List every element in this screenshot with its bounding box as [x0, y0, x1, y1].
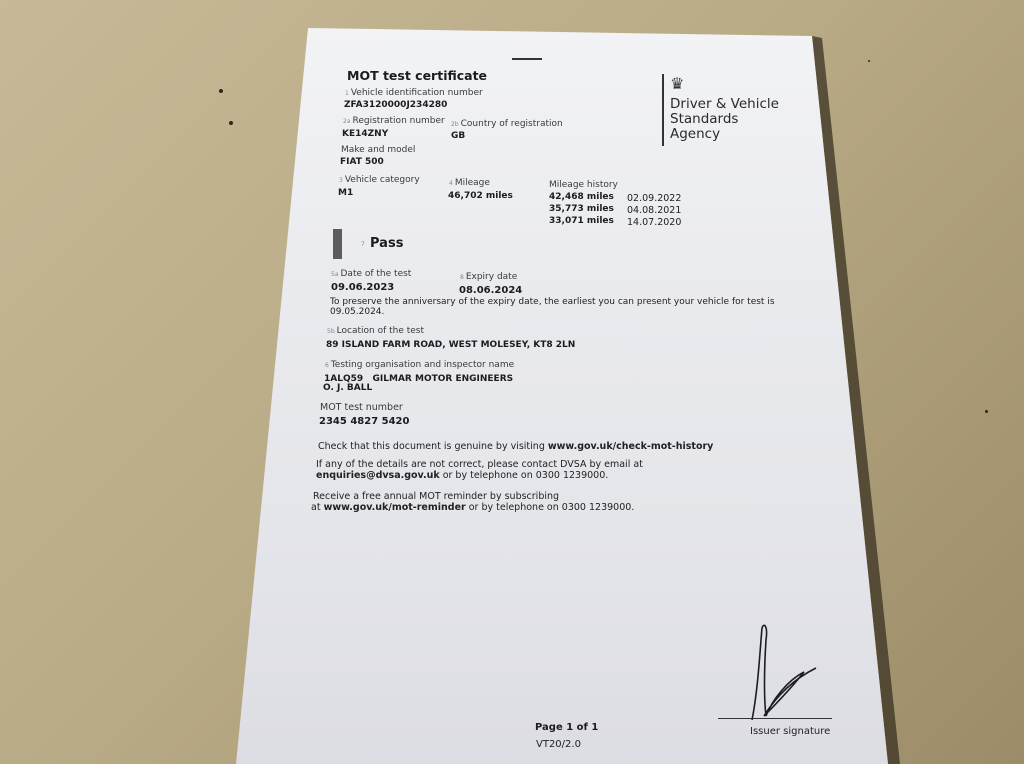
document-title: MOT test certificate [347, 68, 487, 83]
mileage-history-date-1: 02.09.2022 [627, 193, 681, 204]
result-number: 7 [361, 239, 367, 249]
page-number: Page 1 of 1 [535, 722, 598, 733]
contact-notice: If any of the details are not correct, p… [316, 459, 643, 481]
issuer-signature-label: Issuer signature [750, 726, 830, 737]
make-model-value: FIAT 500 [340, 157, 384, 167]
mileage-history-miles-1: 42,468 miles [549, 192, 614, 202]
vin-label: 1Vehicle identification number [345, 88, 483, 98]
test-date-label: 5aDate of the test [331, 269, 411, 279]
location-label: 5bLocation of the test [327, 326, 424, 336]
fold-mark [512, 58, 542, 60]
mileage-history-label: Mileage history [549, 180, 618, 190]
signature-line [718, 718, 832, 719]
royal-coat-of-arms-icon: ♛ [670, 74, 684, 93]
form-code: VT20/2.0 [536, 739, 581, 750]
mileage-label: 4Mileage [449, 178, 490, 188]
country-label: 2bCountry of registration [451, 119, 563, 129]
mileage-history-miles-3: 33,071 miles [549, 216, 614, 226]
logo-divider [662, 74, 664, 146]
vin-value: ZFA3120000J234280 [344, 100, 447, 110]
earliest-test-note: To preserve the anniversary of the expir… [330, 297, 775, 317]
enquiries-email-link[interactable]: enquiries@dvsa.gov.uk [316, 470, 440, 481]
mileage-history-miles-2: 35,773 miles [549, 204, 614, 214]
mot-certificate: MOT test certificate ♛ Driver & Vehicle … [0, 0, 1024, 764]
mileage-value: 46,702 miles [448, 191, 513, 201]
expiry-date-label: 8Expiry date [460, 272, 517, 282]
mot-reminder-link[interactable]: www.gov.uk/mot-reminder [324, 502, 466, 513]
result-status: Pass [370, 236, 403, 251]
registration-value: KE14ZNY [342, 129, 388, 139]
issuer-signature [700, 620, 840, 730]
test-number-value: 2345 4827 5420 [319, 416, 409, 427]
inspector-name: O. J. BALL [323, 383, 372, 393]
expiry-date-value: 08.06.2024 [459, 285, 522, 296]
check-mot-history-link[interactable]: www.gov.uk/check-mot-history [548, 441, 714, 452]
tester-label: 6Testing organisation and inspector name [325, 360, 514, 370]
result-bar [333, 229, 342, 259]
make-model-label: Make and model [341, 145, 415, 155]
location-value: 89 ISLAND FARM ROAD, WEST MOLESEY, KT8 2… [326, 340, 575, 350]
vehicle-category-label: 3Vehicle category [339, 175, 420, 185]
test-date-value: 09.06.2023 [331, 282, 394, 293]
mileage-history-date-3: 14.07.2020 [627, 217, 681, 228]
genuine-check-notice: Check that this document is genuine by v… [318, 441, 713, 452]
country-value: GB [451, 131, 465, 141]
reminder-notice: Receive a free annual MOT reminder by su… [313, 491, 634, 513]
test-number-label: MOT test number [320, 402, 403, 413]
mileage-history-date-2: 04.08.2021 [627, 205, 681, 216]
registration-label: 2aRegistration number [343, 116, 445, 126]
agency-name: Driver & Vehicle Standards Agency [670, 97, 779, 142]
vehicle-category-value: M1 [338, 188, 353, 198]
